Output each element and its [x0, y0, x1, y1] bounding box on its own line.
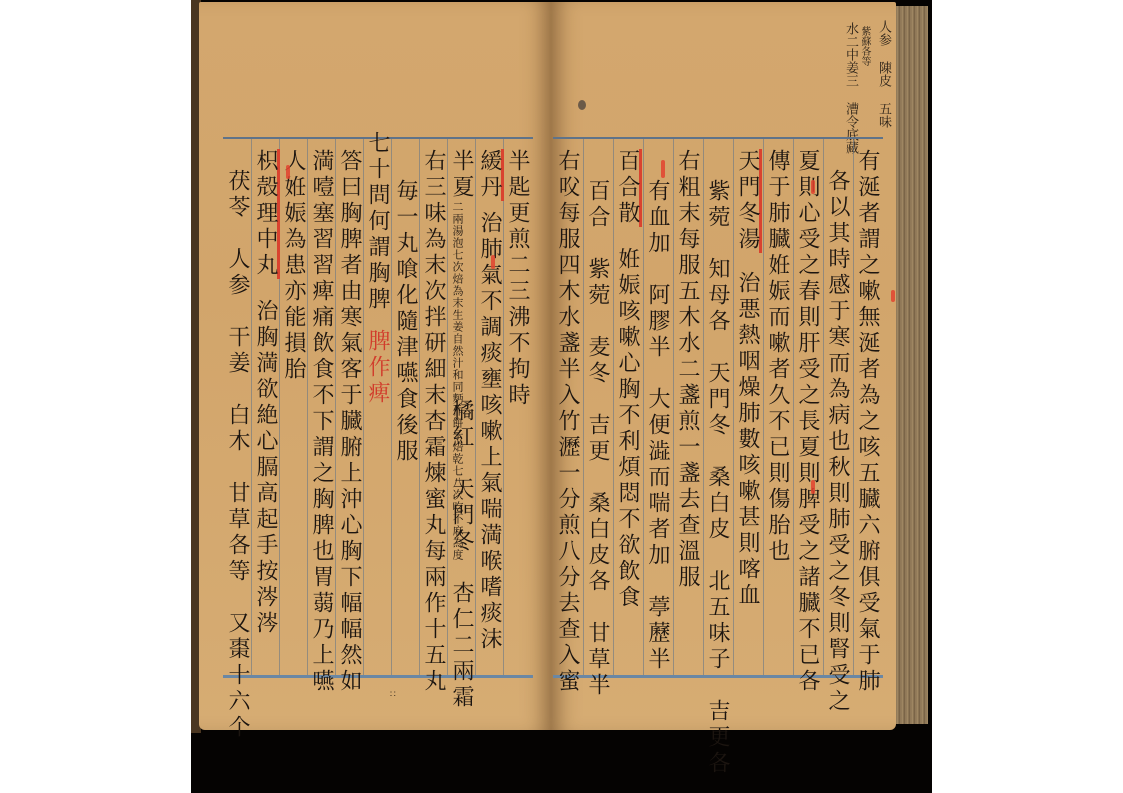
text-line: 有涎者謂之嗽無涎者為之咳五臓六腑俱受氣于肺: [855, 149, 879, 695]
text-line: 治肺氣不調痰壅咳嗽上氣喘満喉嗜痰沫: [477, 211, 501, 653]
red-punctuation-mark: [811, 480, 815, 494]
red-punctuation-mark: [811, 180, 815, 194]
ingredient-line: 百合 紫菀 麦冬 吉更 桑白皮各 甘草半: [585, 179, 609, 699]
folio-mark: ∷: [390, 690, 396, 700]
text-line: 有血加 阿膠半 大便澁而喘者加 葶藶半: [645, 179, 669, 673]
text-line: 各以其時感于寒而為病也秋則肺受之冬則腎受之: [825, 169, 849, 715]
prescription-title: 天門冬湯: [735, 149, 762, 253]
text-line: 傳于肺臓姙娠而嗽者久不已則傷胎也: [765, 149, 789, 565]
text-line: 治胸満欲絶心膈高起手按涔涔: [253, 299, 277, 637]
prescription-title: 枳殻理中丸: [253, 149, 280, 279]
text-line: 夏則心受之春則肝受之長夏則脾受之諸臓不已各: [795, 149, 819, 695]
prescription-title: 緩丹: [477, 149, 504, 201]
red-punctuation-mark: [286, 165, 290, 179]
margin-note-1: 人参 陳皮 五味: [876, 20, 891, 128]
ink-stain: [578, 100, 586, 110]
right-page-text-frame: 有涎者謂之嗽無涎者為之咳五臓六腑俱受氣于肺 各以其時感于寒而為病也秋則肺受之冬則…: [553, 137, 883, 678]
text-line: 毎一丸喰化隨津嚥食後服: [393, 179, 417, 465]
scanned-book-image: 人参 陳皮 五味 紫蘇各等 水二中姜三 漕令底藏 有涎者謂之嗽無涎者為之咳五臓六…: [191, 0, 932, 793]
ingredient-line: 茯苓 人参 干姜 白木 甘草各等 又棗十六个: [225, 169, 249, 741]
margin-note-3: 水二中姜三 漕令底藏: [843, 22, 858, 154]
text-line: 姙娠咳嗽心胸不利煩悶不欲飲食: [615, 247, 639, 611]
vermilion-annotation: 脾作痺: [365, 329, 389, 407]
page-fore-edge: [896, 6, 928, 724]
text-line: 橘紅 天門冬 杏仁二兩霜: [449, 399, 473, 711]
red-punctuation-mark: [891, 290, 895, 302]
text-line: 右粗末每服五木水二盞煎一盞去查溫服: [675, 149, 699, 591]
text-line: 半夏: [449, 149, 473, 201]
text-line: 満噎塞習習痺痛飲食不下謂之胸脾也胃蒻乃上嚥: [309, 149, 333, 695]
left-page-text-frame: 半匙更煎二三沸不拘時 緩丹 治肺氣不調痰壅咳嗽上氣喘満喉嗜痰沫 半夏 二兩湯泡七…: [223, 137, 533, 678]
open-book: 人参 陳皮 五味 紫蘇各等 水二中姜三 漕令底藏 有涎者謂之嗽無涎者為之咳五臓六…: [191, 0, 932, 733]
prescription-title: 百合散: [615, 149, 642, 227]
text-line: 右三味為末次拌研細末杏霜煉蜜丸每兩作十五丸: [421, 149, 445, 695]
text-line: 答曰胸脾者由寒氣客于臓腑上沖心胸下幅幅然如: [337, 149, 361, 695]
margin-note-2: 紫蘇各等: [859, 26, 870, 66]
text-line: 右㕮每服四木水盞半入竹瀝一分煎八分去查入蜜: [555, 149, 579, 695]
red-punctuation-mark: [491, 255, 495, 269]
red-punctuation-mark: [661, 160, 665, 178]
text-line: 半匙更煎二三沸不拘時: [505, 149, 529, 409]
text-line: 治悪熱咽燥肺數咳嗽甚則喀血: [735, 271, 759, 609]
ingredient-line: 紫菀 知母各 天門冬 桑白皮 北五味子 吉更各: [705, 179, 729, 777]
text-line: 人姙娠為患亦能損胎: [281, 149, 305, 383]
text-line: 七十問何謂胸脾: [365, 131, 389, 313]
inline-note: 二兩湯泡七次焙為末生姜自然汁和同麪作餅子焙乾七八次吃不麻為度: [451, 201, 463, 391]
